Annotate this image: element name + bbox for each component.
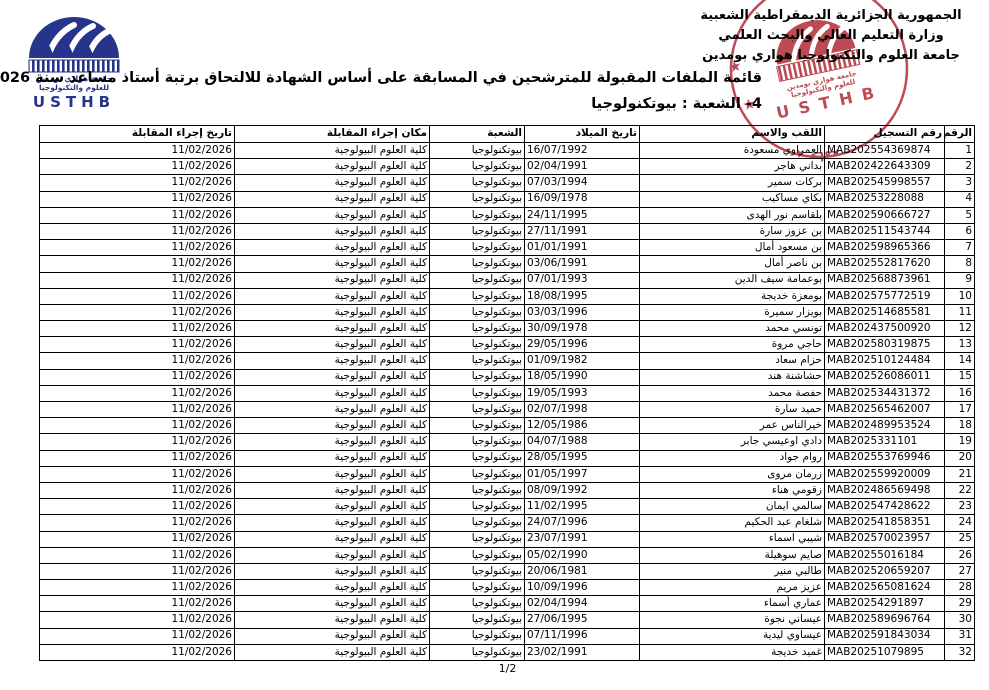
usthb-logo-icon (22, 12, 126, 74)
cell-rank: 29 (945, 596, 975, 612)
cell-interview-date: 11/02/2026 (40, 385, 235, 401)
cell-birth-date: 24/07/1996 (525, 515, 640, 531)
cell-interview-place: كلية العلوم البيولوجية (235, 272, 430, 288)
cell-interview-date: 11/02/2026 (40, 434, 235, 450)
cell-interview-date: 11/02/2026 (40, 256, 235, 272)
candidates-table: الرقمرقم التسجيلاللقب والاسمتاريخ الميلا… (39, 125, 975, 661)
cell-branch: بيوتكنولوجيا (430, 191, 525, 207)
cell-interview-date: 11/02/2026 (40, 304, 235, 320)
cell-registration-number: MAB20254291897 (825, 596, 945, 612)
cell-birth-date: 03/06/1991 (525, 256, 640, 272)
cell-birth-date: 05/02/1990 (525, 547, 640, 563)
cell-branch: بيوتكنولوجيا (430, 628, 525, 644)
table-row: 4MAB20253228088بكاي مساكيب16/09/1978بيوت… (40, 191, 975, 207)
cell-interview-date: 11/02/2026 (40, 191, 235, 207)
cell-registration-number: MAB202554369874 (825, 143, 945, 159)
cell-birth-date: 19/05/1993 (525, 385, 640, 401)
cell-branch: بيوتكنولوجيا (430, 337, 525, 353)
table-row: 29MAB20254291897عماري أسماء02/04/1994بيو… (40, 596, 975, 612)
cell-registration-number: MAB2025331101 (825, 434, 945, 450)
cell-registration-number: MAB202520659207 (825, 563, 945, 579)
cell-birth-date: 28/05/1995 (525, 450, 640, 466)
cell-registration-number: MAB202486569498 (825, 482, 945, 498)
cell-interview-place: كلية العلوم البيولوجية (235, 580, 430, 596)
cell-rank: 9 (945, 272, 975, 288)
cell-full-name: العمراوي مسعودة (640, 143, 825, 159)
cell-birth-date: 01/01/1991 (525, 240, 640, 256)
cell-birth-date: 02/04/1991 (525, 159, 640, 175)
cell-branch: بيوتكنولوجيا (430, 596, 525, 612)
table-row: 8MAB202552817620بن ناصر أمال03/06/1991بي… (40, 256, 975, 272)
cell-registration-number: MAB202510124484 (825, 353, 945, 369)
cell-interview-date: 11/02/2026 (40, 272, 235, 288)
cell-interview-place: كلية العلوم البيولوجية (235, 240, 430, 256)
cell-rank: 20 (945, 450, 975, 466)
table-row: 5MAB202590666727بلقاسم نور الهدى24/11/19… (40, 207, 975, 223)
candidates-table-header: الرقمرقم التسجيلاللقب والاسمتاريخ الميلا… (40, 126, 975, 143)
cell-registration-number: MAB202534431372 (825, 385, 945, 401)
table-row: 26MAB20255016184صايم سوهيلة05/02/1990بيو… (40, 547, 975, 563)
cell-rank: 27 (945, 563, 975, 579)
cell-birth-date: 11/02/1995 (525, 499, 640, 515)
cell-interview-place: كلية العلوم البيولوجية (235, 499, 430, 515)
cell-interview-date: 11/02/2026 (40, 482, 235, 498)
cell-registration-number: MAB202541858351 (825, 515, 945, 531)
cell-interview-date: 11/02/2026 (40, 580, 235, 596)
cell-interview-place: كلية العلوم البيولوجية (235, 207, 430, 223)
table-row: 11MAB202514685581بويزار سميرة03/03/1996ب… (40, 304, 975, 320)
table-row: 22MAB202486569498زقومي هناء08/09/1992بيو… (40, 482, 975, 498)
cell-full-name: بن عزوز سارة (640, 223, 825, 239)
cell-branch: بيوتكنولوجيا (430, 644, 525, 660)
cell-full-name: حزام سعاد (640, 353, 825, 369)
cell-interview-place: كلية العلوم البيولوجية (235, 353, 430, 369)
table-row: 13MAB202580319875حاجي مروة29/05/1996بيوت… (40, 337, 975, 353)
cell-interview-place: كلية العلوم البيولوجية (235, 256, 430, 272)
cell-interview-date: 11/02/2026 (40, 466, 235, 482)
cell-rank: 25 (945, 531, 975, 547)
table-row: 25MAB202570023957شيبي اسماء23/07/1991بيو… (40, 531, 975, 547)
cell-interview-place: كلية العلوم البيولوجية (235, 385, 430, 401)
cell-rank: 26 (945, 547, 975, 563)
cell-rank: 21 (945, 466, 975, 482)
cell-interview-place: كلية العلوم البيولوجية (235, 159, 430, 175)
document-page: { "header": { "line1": "الجمهورية الجزائ… (0, 0, 989, 690)
cell-rank: 31 (945, 628, 975, 644)
cell-registration-number: MAB202422643309 (825, 159, 945, 175)
table-row: 17MAB202565462007حميد سارة02/07/1998بيوت… (40, 402, 975, 418)
cell-full-name: بكاي مساكيب (640, 191, 825, 207)
column-header-interview-place: مكان إجراء المقابلة (235, 126, 430, 143)
cell-rank: 2 (945, 159, 975, 175)
cell-rank: 18 (945, 418, 975, 434)
cell-rank: 16 (945, 385, 975, 401)
cell-registration-number: MAB202598965366 (825, 240, 945, 256)
cell-interview-place: كلية العلوم البيولوجية (235, 434, 430, 450)
cell-rank: 5 (945, 207, 975, 223)
cell-rank: 11 (945, 304, 975, 320)
cell-rank: 32 (945, 644, 975, 660)
cell-branch: بيوتكنولوجيا (430, 434, 525, 450)
cell-rank: 8 (945, 256, 975, 272)
cell-registration-number: MAB202489953524 (825, 418, 945, 434)
column-header-registration-number: رقم التسجيل (825, 126, 945, 143)
cell-full-name: شلغام عبد الحكيم (640, 515, 825, 531)
cell-full-name: دادي اوعيسي جابر (640, 434, 825, 450)
cell-rank: 23 (945, 499, 975, 515)
cell-interview-place: كلية العلوم البيولوجية (235, 628, 430, 644)
cell-branch: بيوتكنولوجيا (430, 402, 525, 418)
column-header-birth-date: تاريخ الميلاد (525, 126, 640, 143)
cell-birth-date: 02/04/1994 (525, 596, 640, 612)
table-row: 19MAB2025331101دادي اوعيسي جابر04/07/198… (40, 434, 975, 450)
cell-branch: بيوتكنولوجيا (430, 547, 525, 563)
table-row: 30MAB202589696764عيساني نجوة27/06/1995بي… (40, 612, 975, 628)
cell-interview-date: 11/02/2026 (40, 418, 235, 434)
cell-birth-date: 23/07/1991 (525, 531, 640, 547)
column-header-rank: الرقم (945, 126, 975, 143)
cell-branch: بيوتكنولوجيا (430, 418, 525, 434)
cell-rank: 14 (945, 353, 975, 369)
cell-registration-number: MAB202514685581 (825, 304, 945, 320)
cell-full-name: حفصة محمد (640, 385, 825, 401)
usthb-logo: جامعة هواري بومدين للعلوم والتكنولوجيا U… (18, 12, 130, 111)
cell-interview-place: كلية العلوم البيولوجية (235, 337, 430, 353)
cell-interview-place: كلية العلوم البيولوجية (235, 563, 430, 579)
logo-acronym: USTHB (18, 93, 130, 111)
candidates-table-body: 1MAB202554369874العمراوي مسعودة16/07/199… (40, 143, 975, 661)
cell-registration-number: MAB202575772519 (825, 288, 945, 304)
cell-branch: بيوتكنولوجيا (430, 159, 525, 175)
cell-rank: 28 (945, 580, 975, 596)
cell-registration-number: MAB202437500920 (825, 321, 945, 337)
cell-birth-date: 01/09/1982 (525, 353, 640, 369)
cell-interview-place: كلية العلوم البيولوجية (235, 482, 430, 498)
cell-interview-date: 11/02/2026 (40, 240, 235, 256)
cell-interview-date: 11/02/2026 (40, 143, 235, 159)
cell-full-name: عيساني نجوة (640, 612, 825, 628)
cell-birth-date: 23/02/1991 (525, 644, 640, 660)
table-row: 1MAB202554369874العمراوي مسعودة16/07/199… (40, 143, 975, 159)
cell-rank: 19 (945, 434, 975, 450)
table-row: 23MAB202547428622سالمي ايمان11/02/1995بي… (40, 499, 975, 515)
cell-interview-date: 11/02/2026 (40, 402, 235, 418)
cell-branch: بيوتكنولوجيا (430, 385, 525, 401)
cell-interview-date: 11/02/2026 (40, 450, 235, 466)
cell-rank: 15 (945, 369, 975, 385)
cell-branch: بيوتكنولوجيا (430, 612, 525, 628)
cell-registration-number: MAB202565081624 (825, 580, 945, 596)
cell-full-name: غميد خديجة (640, 644, 825, 660)
cell-interview-place: كلية العلوم البيولوجية (235, 547, 430, 563)
cell-rank: 22 (945, 482, 975, 498)
cell-birth-date: 29/05/1996 (525, 337, 640, 353)
table-row: 21MAB202559920009زرمان مروى01/05/1997بيو… (40, 466, 975, 482)
cell-branch: بيوتكنولوجيا (430, 580, 525, 596)
cell-birth-date: 10/09/1996 (525, 580, 640, 596)
cell-full-name: خيرالناس عمر (640, 418, 825, 434)
cell-interview-place: كلية العلوم البيولوجية (235, 450, 430, 466)
cell-full-name: عماري أسماء (640, 596, 825, 612)
cell-full-name: بن مسعود أمال (640, 240, 825, 256)
cell-full-name: سالمي ايمان (640, 499, 825, 515)
cell-interview-date: 11/02/2026 (40, 223, 235, 239)
table-row: 9MAB202568873961بوعمامة سيف الدين07/01/1… (40, 272, 975, 288)
cell-interview-place: كلية العلوم البيولوجية (235, 644, 430, 660)
cell-branch: بيوتكنولوجيا (430, 207, 525, 223)
cell-rank: 10 (945, 288, 975, 304)
cell-interview-date: 11/02/2026 (40, 337, 235, 353)
cell-registration-number: MAB20255016184 (825, 547, 945, 563)
cell-interview-date: 11/02/2026 (40, 547, 235, 563)
table-row: 2MAB202422643309بداني هاجر02/04/1991بيوت… (40, 159, 975, 175)
cell-interview-date: 11/02/2026 (40, 369, 235, 385)
cell-interview-place: كلية العلوم البيولوجية (235, 223, 430, 239)
cell-branch: بيوتكنولوجيا (430, 499, 525, 515)
cell-birth-date: 27/11/1991 (525, 223, 640, 239)
cell-interview-date: 11/02/2026 (40, 175, 235, 191)
cell-interview-date: 11/02/2026 (40, 644, 235, 660)
cell-full-name: تونسي محمد (640, 321, 825, 337)
table-row: 14MAB202510124484حزام سعاد01/09/1982بيوت… (40, 353, 975, 369)
cell-birth-date: 18/05/1990 (525, 369, 640, 385)
cell-branch: بيوتكنولوجيا (430, 482, 525, 498)
cell-registration-number: MAB202565462007 (825, 402, 945, 418)
document-title: قائمة الملفات المقبولة للمترشحين في المس… (0, 70, 762, 86)
cell-branch: بيوتكنولوجيا (430, 531, 525, 547)
cell-interview-place: كلية العلوم البيولوجية (235, 466, 430, 482)
cell-birth-date: 16/07/1992 (525, 143, 640, 159)
table-row: 12MAB202437500920تونسي محمد30/09/1978بيو… (40, 321, 975, 337)
cell-full-name: بوعمامة سيف الدين (640, 272, 825, 288)
cell-full-name: حشاشنة هند (640, 369, 825, 385)
table-row: 20MAB202553769946روام جواد28/05/1995بيوت… (40, 450, 975, 466)
cell-branch: بيوتكنولوجيا (430, 450, 525, 466)
cell-rank: 30 (945, 612, 975, 628)
cell-rank: 17 (945, 402, 975, 418)
branch-subtitle: 4- الشعبة : بيوتكنولوجيا (591, 96, 762, 112)
cell-interview-place: كلية العلوم البيولوجية (235, 418, 430, 434)
cell-registration-number: MAB202559920009 (825, 466, 945, 482)
cell-branch: بيوتكنولوجيا (430, 272, 525, 288)
stamp-inner-arabic-line2: للعلوم والتكنولوجيا (790, 78, 856, 99)
cell-registration-number: MAB20253228088 (825, 191, 945, 207)
header-university-line: جامعة العلوم والتكنولوجيا هواري بومدين (681, 46, 981, 66)
cell-rank: 4 (945, 191, 975, 207)
page-number: 1/2 (40, 662, 975, 675)
cell-interview-place: كلية العلوم البيولوجية (235, 596, 430, 612)
cell-branch: بيوتكنولوجيا (430, 143, 525, 159)
cell-birth-date: 12/05/1986 (525, 418, 640, 434)
cell-full-name: بن ناصر أمال (640, 256, 825, 272)
cell-interview-date: 11/02/2026 (40, 321, 235, 337)
cell-branch: بيوتكنولوجيا (430, 353, 525, 369)
table-row: 24MAB202541858351شلغام عبد الحكيم24/07/1… (40, 515, 975, 531)
table-row: 6MAB202511543744بن عزوز سارة27/11/1991بي… (40, 223, 975, 239)
cell-interview-date: 11/02/2026 (40, 353, 235, 369)
cell-interview-place: كلية العلوم البيولوجية (235, 143, 430, 159)
cell-rank: 6 (945, 223, 975, 239)
cell-birth-date: 03/03/1996 (525, 304, 640, 320)
cell-interview-date: 11/02/2026 (40, 628, 235, 644)
cell-interview-place: كلية العلوم البيولوجية (235, 191, 430, 207)
cell-branch: بيوتكنولوجيا (430, 240, 525, 256)
cell-birth-date: 07/11/1996 (525, 628, 640, 644)
cell-birth-date: 20/06/1981 (525, 563, 640, 579)
cell-branch: بيوتكنولوجيا (430, 369, 525, 385)
cell-interview-date: 11/02/2026 (40, 159, 235, 175)
cell-rank: 7 (945, 240, 975, 256)
table-row: 27MAB202520659207طالبي منير20/06/1981بيو… (40, 563, 975, 579)
cell-branch: بيوتكنولوجيا (430, 304, 525, 320)
table-row: 10MAB202575772519بومعزة خديجة18/08/1995ب… (40, 288, 975, 304)
column-header-interview-date: تاريخ إجراء المقابلة (40, 126, 235, 143)
cell-interview-date: 11/02/2026 (40, 288, 235, 304)
cell-interview-date: 11/02/2026 (40, 207, 235, 223)
cell-registration-number: MAB202526086011 (825, 369, 945, 385)
cell-interview-place: كلية العلوم البيولوجية (235, 288, 430, 304)
cell-birth-date: 18/08/1995 (525, 288, 640, 304)
cell-branch: بيوتكنولوجيا (430, 563, 525, 579)
cell-full-name: حاجي مروة (640, 337, 825, 353)
cell-full-name: عيساوي ليدية (640, 628, 825, 644)
column-header-branch: الشعبة (430, 126, 525, 143)
header-ministry-line: وزارة التعليم العالي والبحث العلمي (681, 26, 981, 46)
cell-branch: بيوتكنولوجيا (430, 223, 525, 239)
cell-full-name: زرمان مروى (640, 466, 825, 482)
cell-birth-date: 24/11/1995 (525, 207, 640, 223)
cell-full-name: بويزار سميرة (640, 304, 825, 320)
cell-birth-date: 16/09/1978 (525, 191, 640, 207)
cell-registration-number: MAB202580319875 (825, 337, 945, 353)
cell-birth-date: 07/03/1994 (525, 175, 640, 191)
cell-birth-date: 27/06/1995 (525, 612, 640, 628)
cell-branch: بيوتكنولوجيا (430, 515, 525, 531)
cell-interview-date: 11/02/2026 (40, 531, 235, 547)
cell-registration-number: MAB202570023957 (825, 531, 945, 547)
header-republic-line: الجمهورية الجزائرية الديمقراطية الشعبية (681, 6, 981, 26)
cell-registration-number: MAB202568873961 (825, 272, 945, 288)
cell-interview-place: كلية العلوم البيولوجية (235, 369, 430, 385)
cell-registration-number: MAB202591843034 (825, 628, 945, 644)
cell-interview-place: كلية العلوم البيولوجية (235, 402, 430, 418)
government-header: الجمهورية الجزائرية الديمقراطية الشعبية … (681, 6, 981, 66)
cell-registration-number: MAB202547428622 (825, 499, 945, 515)
cell-interview-place: كلية العلوم البيولوجية (235, 515, 430, 531)
cell-full-name: روام جواد (640, 450, 825, 466)
cell-registration-number: MAB202590666727 (825, 207, 945, 223)
cell-rank: 1 (945, 143, 975, 159)
cell-rank: 3 (945, 175, 975, 191)
cell-full-name: بركات سمير (640, 175, 825, 191)
table-row: 18MAB202489953524خيرالناس عمر12/05/1986ب… (40, 418, 975, 434)
cell-branch: بيوتكنولوجيا (430, 288, 525, 304)
cell-birth-date: 07/01/1993 (525, 272, 640, 288)
table-row: 3MAB202545998557بركات سمير07/03/1994بيوت… (40, 175, 975, 191)
cell-interview-date: 11/02/2026 (40, 596, 235, 612)
cell-interview-date: 11/02/2026 (40, 612, 235, 628)
cell-branch: بيوتكنولوجيا (430, 466, 525, 482)
cell-full-name: بلقاسم نور الهدى (640, 207, 825, 223)
header-row: الرقمرقم التسجيلاللقب والاسمتاريخ الميلا… (40, 126, 975, 143)
cell-branch: بيوتكنولوجيا (430, 321, 525, 337)
table-row: 16MAB202534431372حفصة محمد19/05/1993بيوت… (40, 385, 975, 401)
table-row: 31MAB202591843034عيساوي ليدية07/11/1996ب… (40, 628, 975, 644)
cell-interview-place: كلية العلوم البيولوجية (235, 612, 430, 628)
cell-interview-date: 11/02/2026 (40, 499, 235, 515)
cell-branch: بيوتكنولوجيا (430, 256, 525, 272)
cell-birth-date: 01/05/1997 (525, 466, 640, 482)
stamp-acronym: U S T H B (775, 83, 878, 123)
cell-interview-place: كلية العلوم البيولوجية (235, 321, 430, 337)
cell-full-name: صايم سوهيلة (640, 547, 825, 563)
cell-full-name: شيبي اسماء (640, 531, 825, 547)
cell-full-name: عزيز مريم (640, 580, 825, 596)
cell-rank: 24 (945, 515, 975, 531)
cell-registration-number: MAB202553769946 (825, 450, 945, 466)
table-row: 32MAB20251079895غميد خديجة23/02/1991بيوت… (40, 644, 975, 660)
cell-birth-date: 02/07/1998 (525, 402, 640, 418)
table-row: 15MAB202526086011حشاشنة هند18/05/1990بيو… (40, 369, 975, 385)
cell-interview-place: كلية العلوم البيولوجية (235, 304, 430, 320)
table-row: 28MAB202565081624عزيز مريم10/09/1996بيوت… (40, 580, 975, 596)
cell-rank: 12 (945, 321, 975, 337)
cell-full-name: حميد سارة (640, 402, 825, 418)
stamp-inner-arabic-line1: جامعة هواري بومدين (786, 69, 858, 92)
cell-interview-place: كلية العلوم البيولوجية (235, 531, 430, 547)
cell-branch: بيوتكنولوجيا (430, 175, 525, 191)
cell-registration-number: MAB202589696764 (825, 612, 945, 628)
cell-registration-number: MAB202511543744 (825, 223, 945, 239)
cell-interview-date: 11/02/2026 (40, 515, 235, 531)
cell-birth-date: 04/07/1988 (525, 434, 640, 450)
cell-registration-number: MAB202552817620 (825, 256, 945, 272)
cell-interview-place: كلية العلوم البيولوجية (235, 175, 430, 191)
cell-birth-date: 08/09/1992 (525, 482, 640, 498)
cell-full-name: بداني هاجر (640, 159, 825, 175)
cell-birth-date: 30/09/1978 (525, 321, 640, 337)
cell-full-name: بومعزة خديجة (640, 288, 825, 304)
table-row: 7MAB202598965366بن مسعود أمال01/01/1991ب… (40, 240, 975, 256)
cell-registration-number: MAB20251079895 (825, 644, 945, 660)
cell-interview-date: 11/02/2026 (40, 563, 235, 579)
column-header-full-name: اللقب والاسم (640, 126, 825, 143)
cell-rank: 13 (945, 337, 975, 353)
cell-full-name: طالبي منير (640, 563, 825, 579)
cell-full-name: زقومي هناء (640, 482, 825, 498)
cell-registration-number: MAB202545998557 (825, 175, 945, 191)
